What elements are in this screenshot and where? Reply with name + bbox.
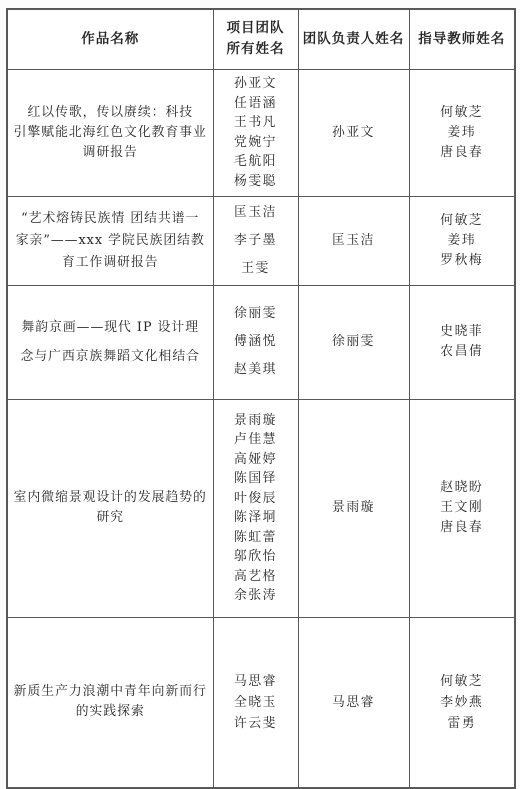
advisors-cell: 赵晓盼王文刚唐良春 xyxy=(409,399,515,617)
team-member-name: 邬欣怡 xyxy=(217,547,295,567)
advisor-name: 姜玮 xyxy=(413,123,512,143)
header-work-title: 作品名称 xyxy=(7,9,213,69)
team-member-name: 王雯 xyxy=(217,255,295,283)
team-leader-cell: 孙亚文 xyxy=(298,69,409,196)
advisor-name: 何敏芝 xyxy=(413,103,512,123)
team-member-name: 徐丽雯 xyxy=(217,300,295,328)
header-team-members: 项目团队 所有姓名 xyxy=(213,9,298,69)
team-leader-cell: 徐丽雯 xyxy=(298,285,409,399)
team-member-name: 全晓玉 xyxy=(217,692,295,713)
advisor-name: 唐良春 xyxy=(413,143,512,163)
advisor-name: 罗秋梅 xyxy=(413,251,512,271)
advisors-cell: 何敏芝姜玮唐良春 xyxy=(409,69,515,196)
work-title-cell: 舞韵京画——现代 IP 设计理 念与广西京族舞蹈文化相结合 xyxy=(7,285,213,399)
advisors-cell: 史晓菲农昌倩 xyxy=(409,285,515,399)
table-row: 室内微缩景观设计的发展趋势的 研究景雨璇卢佳慧高娅婷陈国铎叶俊辰陈泽垌陈虹蕾邬欣… xyxy=(7,399,515,617)
table-row: 舞韵京画——现代 IP 设计理 念与广西京族舞蹈文化相结合徐丽雯傅涵悦赵美琪徐丽… xyxy=(7,285,515,399)
team-member-name: 孙亚文 xyxy=(217,74,295,94)
team-member-name: 杨雯聪 xyxy=(217,172,295,192)
advisor-name: 唐良春 xyxy=(413,518,512,538)
team-member-name: 毛航阳 xyxy=(217,152,295,172)
table-row: 新质生产力浪潮中青年向新而行 的实践探索马思睿全晓玉许云斐马思睿何敏芝李妙燕雷勇 xyxy=(7,617,515,788)
table-row: “艺术熔铸民族情 团结共谱一 家亲”——xxx 学院民族团结教 育工作调研报告匡… xyxy=(7,196,515,285)
advisors-cell: 何敏芝李妙燕雷勇 xyxy=(409,617,515,788)
header-team-leader: 团队负责人姓名 xyxy=(298,9,409,69)
team-member-name: 匡玉洁 xyxy=(217,199,295,227)
team-members-cell: 匡玉洁李子墨王雯 xyxy=(213,196,298,285)
team-members-cell: 马思睿全晓玉许云斐 xyxy=(213,617,298,788)
team-member-name: 王书凡 xyxy=(217,113,295,133)
advisor-name: 农昌倩 xyxy=(413,342,512,362)
work-title-cell: 新质生产力浪潮中青年向新而行 的实践探索 xyxy=(7,617,213,788)
leader-name: 马思睿 xyxy=(302,693,406,713)
leader-name: 景雨璇 xyxy=(302,498,406,518)
leader-name: 匡玉洁 xyxy=(302,231,406,251)
advisor-name: 姜玮 xyxy=(413,231,512,251)
team-member-name: 陈泽垌 xyxy=(217,508,295,528)
team-member-name: 高艺格 xyxy=(217,567,295,587)
table-body: 红以传歌，传以赓续：科技 引擎赋能北海红色文化教育事业 调研报告孙亚文任语涵王书… xyxy=(7,69,515,788)
advisor-name: 何敏芝 xyxy=(413,211,512,231)
team-member-name: 党婉宁 xyxy=(217,133,295,153)
team-leader-cell: 匡玉洁 xyxy=(298,196,409,285)
document-page: 作品名称 项目团队 所有姓名 团队负责人姓名 指导教师姓名 红以传歌，传以赓续：… xyxy=(0,0,520,789)
team-member-name: 赵美琪 xyxy=(217,356,295,384)
advisor-name: 雷勇 xyxy=(413,713,512,734)
team-member-name: 叶俊辰 xyxy=(217,489,295,509)
team-member-name: 余张涛 xyxy=(217,586,295,606)
table-header: 作品名称 项目团队 所有姓名 团队负责人姓名 指导教师姓名 xyxy=(7,9,515,69)
team-member-name: 陈国铎 xyxy=(217,469,295,489)
team-member-name: 李子墨 xyxy=(217,227,295,255)
leader-name: 徐丽雯 xyxy=(302,332,406,352)
team-member-name: 陈虹蕾 xyxy=(217,528,295,548)
team-member-name: 任语涵 xyxy=(217,94,295,114)
team-members-cell: 孙亚文任语涵王书凡党婉宁毛航阳杨雯聪 xyxy=(213,69,298,196)
work-title-cell: 室内微缩景观设计的发展趋势的 研究 xyxy=(7,399,213,617)
advisor-name: 史晓菲 xyxy=(413,322,512,342)
team-member-name: 卢佳慧 xyxy=(217,430,295,450)
advisor-name: 何敏芝 xyxy=(413,671,512,692)
works-table: 作品名称 项目团队 所有姓名 团队负责人姓名 指导教师姓名 红以传歌，传以赓续：… xyxy=(6,8,516,789)
team-member-name: 景雨璇 xyxy=(217,411,295,431)
header-advisors: 指导教师姓名 xyxy=(409,9,515,69)
team-members-cell: 景雨璇卢佳慧高娅婷陈国铎叶俊辰陈泽垌陈虹蕾邬欣怡高艺格余张涛 xyxy=(213,399,298,617)
advisors-cell: 何敏芝姜玮罗秋梅 xyxy=(409,196,515,285)
header-row: 作品名称 项目团队 所有姓名 团队负责人姓名 指导教师姓名 xyxy=(7,9,515,69)
team-member-name: 傅涵悦 xyxy=(217,328,295,356)
team-leader-cell: 景雨璇 xyxy=(298,399,409,617)
team-member-name: 高娅婷 xyxy=(217,450,295,470)
team-leader-cell: 马思睿 xyxy=(298,617,409,788)
team-members-cell: 徐丽雯傅涵悦赵美琪 xyxy=(213,285,298,399)
work-title-cell: 红以传歌，传以赓续：科技 引擎赋能北海红色文化教育事业 调研报告 xyxy=(7,69,213,196)
work-title-cell: “艺术熔铸民族情 团结共谱一 家亲”——xxx 学院民族团结教 育工作调研报告 xyxy=(7,196,213,285)
table-row: 红以传歌，传以赓续：科技 引擎赋能北海红色文化教育事业 调研报告孙亚文任语涵王书… xyxy=(7,69,515,196)
team-member-name: 许云斐 xyxy=(217,713,295,734)
advisor-name: 赵晓盼 xyxy=(413,478,512,498)
leader-name: 孙亚文 xyxy=(302,123,406,143)
advisor-name: 李妙燕 xyxy=(413,692,512,713)
team-member-name: 马思睿 xyxy=(217,671,295,692)
advisor-name: 王文刚 xyxy=(413,498,512,518)
